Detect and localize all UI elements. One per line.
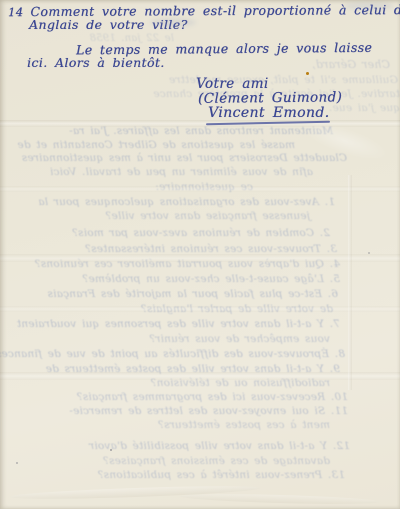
signature-name: Vincent Emond. (208, 105, 330, 121)
signature-underline (206, 121, 330, 125)
handwriting-layer: 14Comment votre nombre est-il proportion… (0, 0, 400, 509)
letter-page: le 22 jan. 1958Cher Gérard,Guillaume s'i… (0, 0, 400, 509)
question-14-line2: Anglais de votre ville? (29, 17, 188, 32)
farewell-line2: ici. Alors à bientôt. (27, 55, 165, 70)
question-number: 14 (8, 5, 24, 19)
